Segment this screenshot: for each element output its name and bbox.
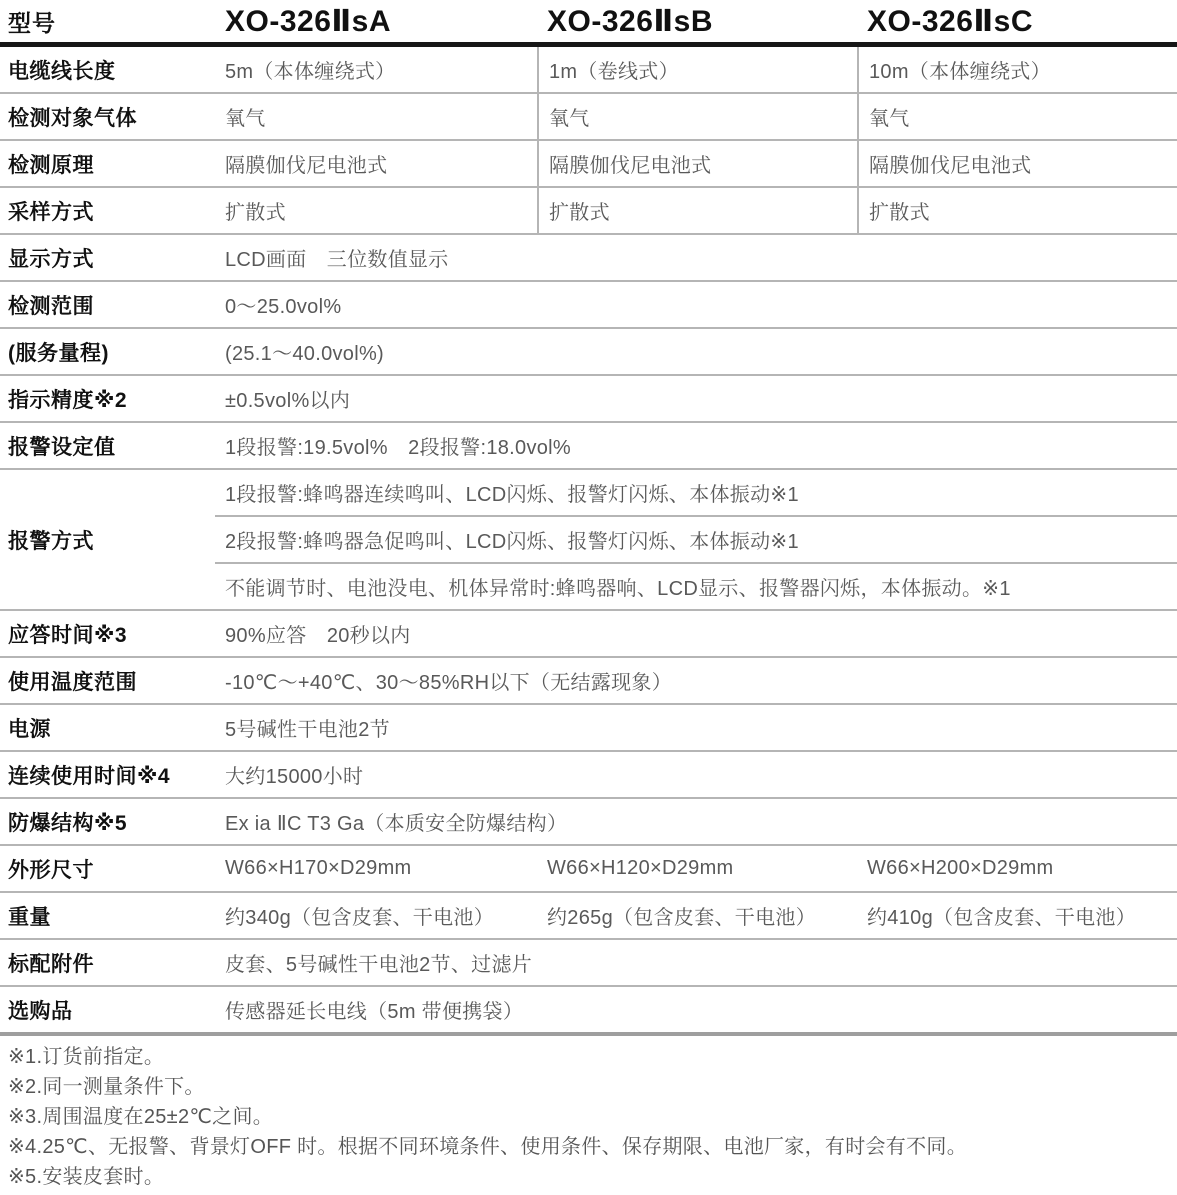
table-header-row: 型号 XO-326ⅡsA XO-326ⅡsB XO-326ⅡsC <box>0 0 1177 47</box>
cell-value: 大约15000小时 <box>215 752 1177 797</box>
cell-value: -10℃～+40℃、30～85%RH以下（无结露现象） <box>215 658 1177 703</box>
table-row-standard-accessories: 标配附件 皮套、5号碱性干电池2节、过滤片 <box>0 940 1177 987</box>
cell-value: 氧气 <box>857 94 1177 139</box>
table-row-detection-principle: 检测原理 隔膜伽伐尼电池式 隔膜伽伐尼电池式 隔膜伽伐尼电池式 <box>0 141 1177 188</box>
spec-table: 型号 XO-326ⅡsA XO-326ⅡsB XO-326ⅡsC 电缆线长度 5… <box>0 0 1177 1036</box>
cell-value: 扩散式 <box>537 188 857 233</box>
table-row-service-range: (服务量程) (25.1～40.0vol%) <box>0 329 1177 376</box>
row-label: (服务量程) <box>0 329 215 374</box>
row-label: 使用温度范围 <box>0 658 215 703</box>
cell-value: 隔膜伽伐尼电池式 <box>215 141 537 186</box>
table-row-target-gas: 检测对象气体 氧气 氧气 氧气 <box>0 94 1177 141</box>
row-label: 选购品 <box>0 987 215 1032</box>
header-model-c: XO-326ⅡsC <box>857 4 1177 39</box>
table-row-dimensions: 外形尺寸 W66×H170×D29mm W66×H120×D29mm W66×H… <box>0 846 1177 893</box>
cell-value: 90%应答 20秒以内 <box>215 611 1177 656</box>
row-label: 电源 <box>0 705 215 750</box>
table-row-weight: 重量 约340g（包含皮套、干电池） 约265g（包含皮套、干电池） 约410g… <box>0 893 1177 940</box>
cell-value: 约340g（包含皮套、干电池） <box>215 893 537 938</box>
cell-value: Ex ia ⅡC T3 Ga（本质安全防爆结构） <box>215 799 1177 844</box>
row-label: 电缆线长度 <box>0 47 215 92</box>
cell-value: 隔膜伽伐尼电池式 <box>537 141 857 186</box>
footnote-4: ※4.25℃、无报警、背景灯OFF 时。根据不同环境条件、使用条件、保存期限、电… <box>8 1132 1177 1162</box>
cell-value: (25.1～40.0vol%) <box>215 329 1177 374</box>
cell-value: 氧气 <box>215 94 537 139</box>
cell-value: 氧气 <box>537 94 857 139</box>
cell-value: 1段报警:蜂鸣器连续鸣叫、LCD闪烁、报警灯闪烁、本体振动※1 <box>215 470 1177 517</box>
header-model-a: XO-326ⅡsA <box>215 4 537 39</box>
cell-value: 约410g（包含皮套、干电池） <box>857 893 1177 938</box>
table-row-operating-temperature: 使用温度范围 -10℃～+40℃、30～85%RH以下（无结露现象） <box>0 658 1177 705</box>
row-label: 重量 <box>0 893 215 938</box>
table-row-cable-length: 电缆线长度 5m（本体缠绕式） 1m（卷线式） 10m（本体缠绕式） <box>0 47 1177 94</box>
footnotes: ※1.订货前指定。 ※2.同一测量条件下。 ※3.周围温度在25±2℃之间。 ※… <box>0 1036 1177 1192</box>
table-row-power-supply: 电源 5号碱性干电池2节 <box>0 705 1177 752</box>
table-row-response-time: 应答时间※3 90%应答 20秒以内 <box>0 611 1177 658</box>
row-label: 显示方式 <box>0 235 215 280</box>
table-row-indication-accuracy: 指示精度※2 ±0.5vol%以内 <box>0 376 1177 423</box>
cell-value: W66×H200×D29mm <box>857 846 1177 891</box>
table-row-sampling-method: 采样方式 扩散式 扩散式 扩散式 <box>0 188 1177 235</box>
header-model-label: 型号 <box>0 5 215 38</box>
cell-value: LCD画面 三位数值显示 <box>215 235 1177 280</box>
cell-value: ±0.5vol%以内 <box>215 376 1177 421</box>
table-row-display-method: 显示方式 LCD画面 三位数值显示 <box>0 235 1177 282</box>
row-label: 检测对象气体 <box>0 94 215 139</box>
row-label: 检测范围 <box>0 282 215 327</box>
cell-value: 隔膜伽伐尼电池式 <box>857 141 1177 186</box>
table-row-continuous-operation-time: 连续使用时间※4 大约15000小时 <box>0 752 1177 799</box>
row-label: 标配附件 <box>0 940 215 985</box>
table-row-alarm-method: 报警方式 1段报警:蜂鸣器连续鸣叫、LCD闪烁、报警灯闪烁、本体振动※1 2段报… <box>0 470 1177 611</box>
row-label: 检测原理 <box>0 141 215 186</box>
footnote-2: ※2.同一测量条件下。 <box>8 1072 1177 1102</box>
cell-value: 传感器延长电线（5m 带便携袋） <box>215 987 1177 1032</box>
cell-value: 5m（本体缠绕式） <box>215 47 537 92</box>
footnote-5: ※5.安装皮套时。 <box>8 1162 1177 1192</box>
table-row-alarm-setpoint: 报警设定值 1段报警:19.5vol% 2段报警:18.0vol% <box>0 423 1177 470</box>
row-label: 连续使用时间※4 <box>0 752 215 797</box>
row-label: 应答时间※3 <box>0 611 215 656</box>
cell-value: 10m（本体缠绕式） <box>857 47 1177 92</box>
cell-value: 5号碱性干电池2节 <box>215 705 1177 750</box>
table-row-detection-range: 检测范围 0～25.0vol% <box>0 282 1177 329</box>
cell-value: 皮套、5号碱性干电池2节、过滤片 <box>215 940 1177 985</box>
row-label: 外形尺寸 <box>0 846 215 891</box>
cell-value: 不能调节时、电池没电、机体异常时:蜂鸣器响、LCD显示、报警器闪烁，本体振动。※… <box>215 564 1177 609</box>
cell-value: W66×H170×D29mm <box>215 846 537 891</box>
cell-value: 扩散式 <box>215 188 537 233</box>
cell-value: 0～25.0vol% <box>215 282 1177 327</box>
cell-value: 2段报警:蜂鸣器急促鸣叫、LCD闪烁、报警灯闪烁、本体振动※1 <box>215 517 1177 564</box>
cell-value: 1m（卷线式） <box>537 47 857 92</box>
row-label: 采样方式 <box>0 188 215 233</box>
cell-value: 扩散式 <box>857 188 1177 233</box>
spec-sheet-page: 型号 XO-326ⅡsA XO-326ⅡsB XO-326ⅡsC 电缆线长度 5… <box>0 0 1177 1192</box>
header-model-b: XO-326ⅡsB <box>537 4 857 39</box>
row-label: 报警设定值 <box>0 423 215 468</box>
alarm-method-subrows: 1段报警:蜂鸣器连续鸣叫、LCD闪烁、报警灯闪烁、本体振动※1 2段报警:蜂鸣器… <box>215 470 1177 609</box>
table-row-optional-items: 选购品 传感器延长电线（5m 带便携袋） <box>0 987 1177 1036</box>
table-row-explosion-proof-structure: 防爆结构※5 Ex ia ⅡC T3 Ga（本质安全防爆结构） <box>0 799 1177 846</box>
row-label: 报警方式 <box>0 470 215 609</box>
footnote-3: ※3.周围温度在25±2℃之间。 <box>8 1102 1177 1132</box>
cell-value: W66×H120×D29mm <box>537 846 857 891</box>
footnote-1: ※1.订货前指定。 <box>8 1042 1177 1072</box>
cell-value: 1段报警:19.5vol% 2段报警:18.0vol% <box>215 423 1177 468</box>
cell-value: 约265g（包含皮套、干电池） <box>537 893 857 938</box>
row-label: 指示精度※2 <box>0 376 215 421</box>
row-label: 防爆结构※5 <box>0 799 215 844</box>
